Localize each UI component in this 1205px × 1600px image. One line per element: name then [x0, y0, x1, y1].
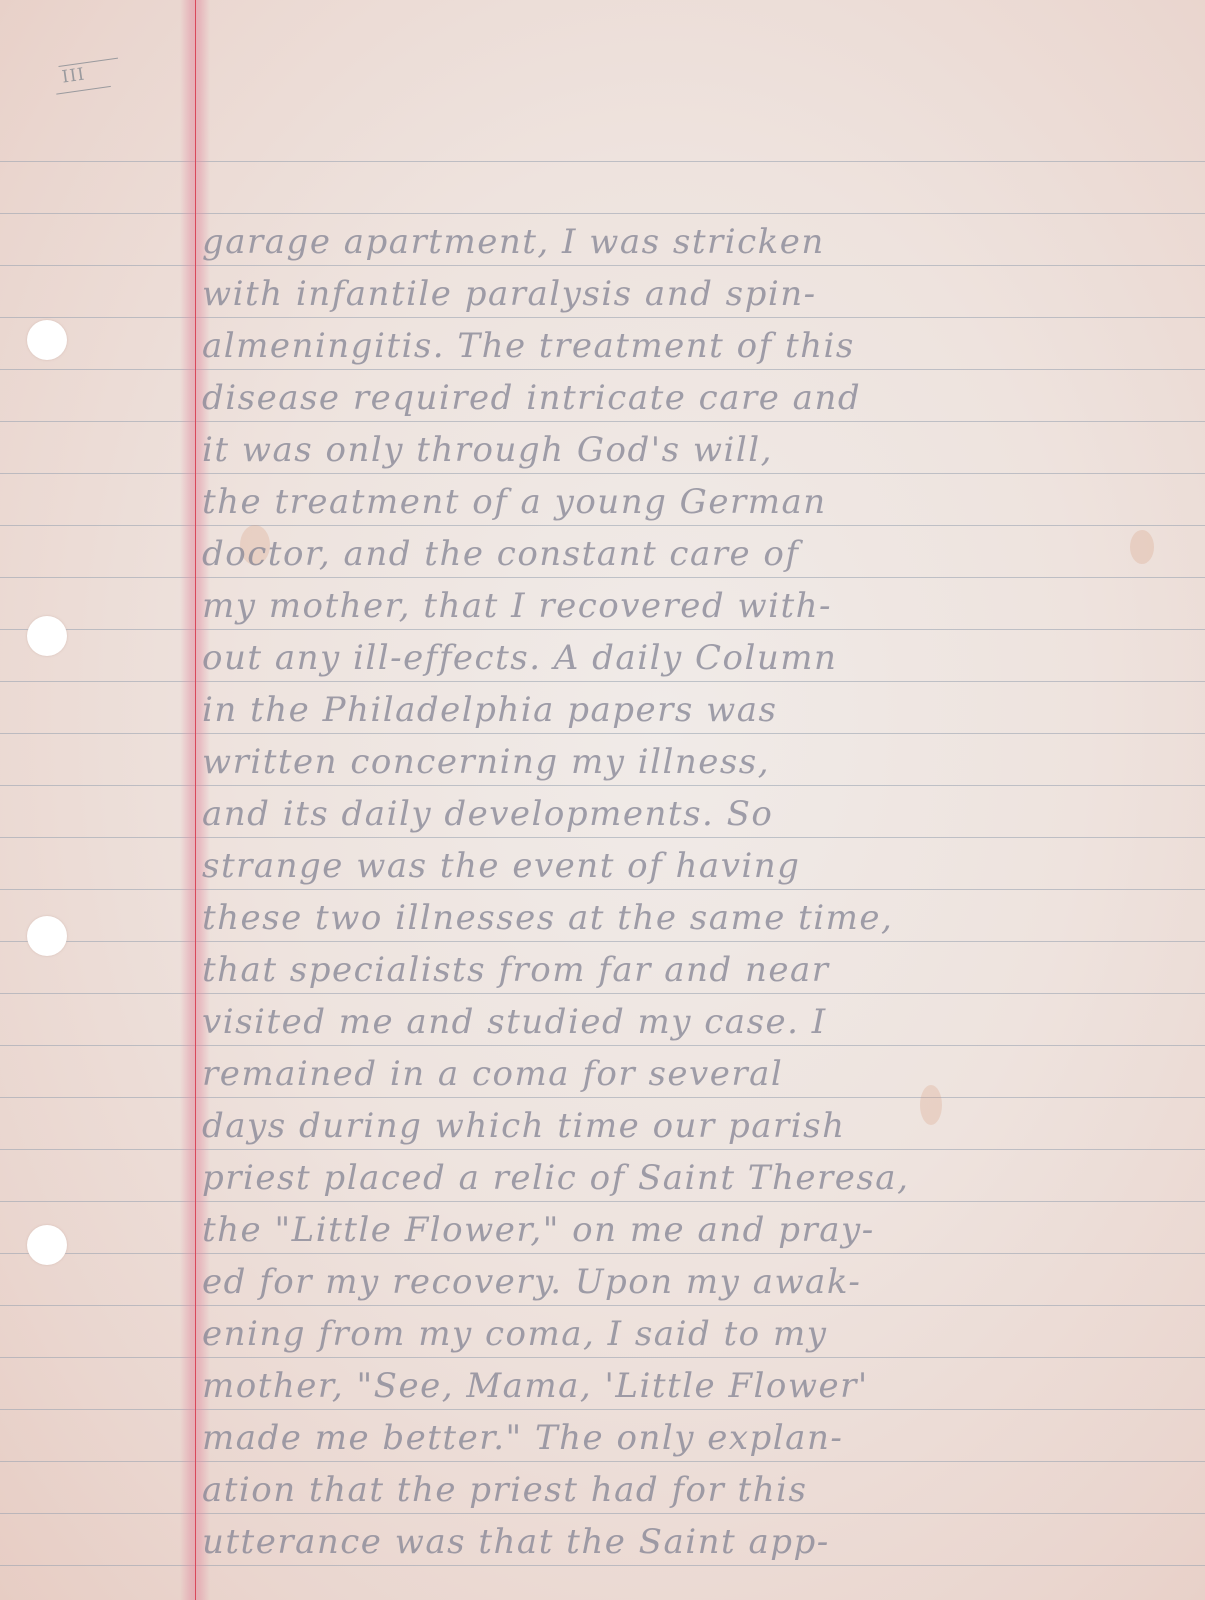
- text-line: priest placed a relic of Saint Theresa,: [202, 1152, 1192, 1204]
- text-line: that specialists from far and near: [202, 944, 1192, 996]
- text-line: garage apartment, I was stricken: [202, 216, 1192, 268]
- text-line: disease required intricate care and: [202, 372, 1192, 424]
- text-line: visited me and studied my case. I: [202, 996, 1192, 1048]
- text-line: days during which time our parish: [202, 1100, 1192, 1152]
- text-line: almeningitis. The treatment of this: [202, 320, 1192, 372]
- text-line: out any ill-effects. A daily Column: [202, 632, 1192, 684]
- text-line: in the Philadelphia papers was: [202, 684, 1192, 736]
- binder-hole-3: [27, 916, 67, 956]
- text-line: utterance was that the Saint app-: [202, 1516, 1192, 1568]
- text-line: with infantile paralysis and spin-: [202, 268, 1192, 320]
- text-line: ation that the priest had for this: [202, 1464, 1192, 1516]
- text-line: these two illnesses at the same time,: [202, 892, 1192, 944]
- text-line: the treatment of a young German: [202, 476, 1192, 528]
- text-line: mother, "See, Mama, 'Little Flower': [202, 1360, 1192, 1412]
- notebook-page: III garage apartment, I was stricken wit…: [0, 0, 1205, 1600]
- text-line: doctor, and the constant care of: [202, 528, 1192, 580]
- text-line: made me better." The only explan-: [202, 1412, 1192, 1464]
- binder-hole-1: [27, 320, 67, 360]
- text-line: ed for my recovery. Upon my awak-: [202, 1256, 1192, 1308]
- text-line: strange was the event of having: [202, 840, 1192, 892]
- text-line: written concerning my illness,: [202, 736, 1192, 788]
- text-line: and its daily developments. So: [202, 788, 1192, 840]
- binder-hole-4: [27, 1225, 67, 1265]
- text-line: my mother, that I recovered with-: [202, 580, 1192, 632]
- text-line: remained in a coma for several: [202, 1048, 1192, 1100]
- text-line: it was only through God's will,: [202, 424, 1192, 476]
- binder-hole-2: [27, 616, 67, 656]
- text-line: the "Little Flower," on me and pray-: [202, 1204, 1192, 1256]
- handwritten-text: garage apartment, I was stricken with in…: [202, 228, 1192, 1580]
- text-line: ening from my coma, I said to my: [202, 1308, 1192, 1360]
- margin-line: [195, 0, 196, 1600]
- page-number: III: [61, 64, 87, 87]
